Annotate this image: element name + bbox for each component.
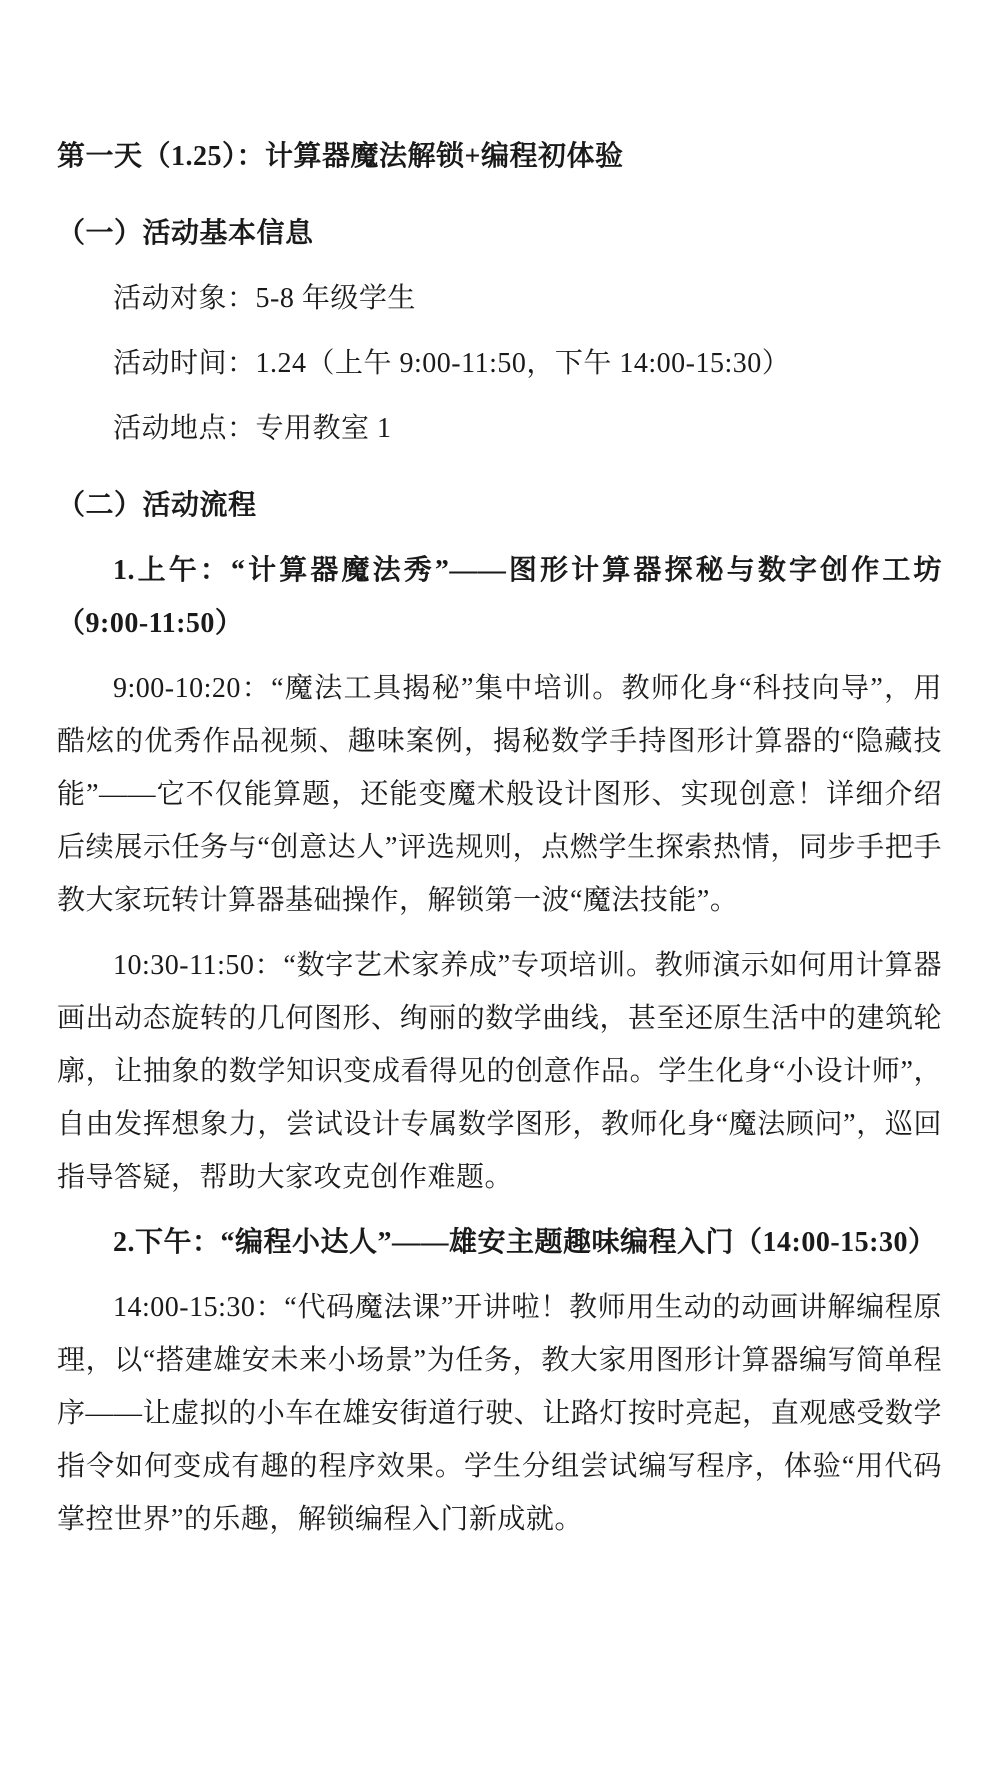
- activity-time-line: 活动时间：1.24（上午 9:00-11:50，下午 14:00-15:30）: [57, 337, 942, 390]
- document-title: 第一天（1.25）：计算器魔法解锁+编程初体验: [57, 130, 942, 183]
- document-page: 第一天（1.25）：计算器魔法解锁+编程初体验 （一）活动基本信息 活动对象：5…: [0, 0, 994, 1767]
- section-1-heading: （一）活动基本信息: [57, 207, 942, 260]
- afternoon-session-paragraph: 14:00-15:30：“代码魔法课”开讲啦！教师用生动的动画讲解编程原理，以“…: [57, 1281, 942, 1546]
- section-2-heading: （二）活动流程: [57, 479, 942, 532]
- morning-session-1-paragraph: 9:00-10:20：“魔法工具揭秘”集中培训。教师化身“科技向导”，用酷炫的优…: [57, 662, 942, 927]
- activity-location-line: 活动地点：专用教室 1: [57, 402, 942, 455]
- morning-session-subheading: 1.上午：“计算器魔法秀”——图形计算器探秘与数字创作工坊（9:00-11:50…: [57, 544, 942, 650]
- activity-audience-line: 活动对象：5-8 年级学生: [57, 272, 942, 325]
- afternoon-session-subheading: 2.下午：“编程小达人”——雄安主题趣味编程入门（14:00-15:30）: [57, 1216, 942, 1269]
- morning-session-2-paragraph: 10:30-11:50：“数字艺术家养成”专项培训。教师演示如何用计算器画出动态…: [57, 939, 942, 1204]
